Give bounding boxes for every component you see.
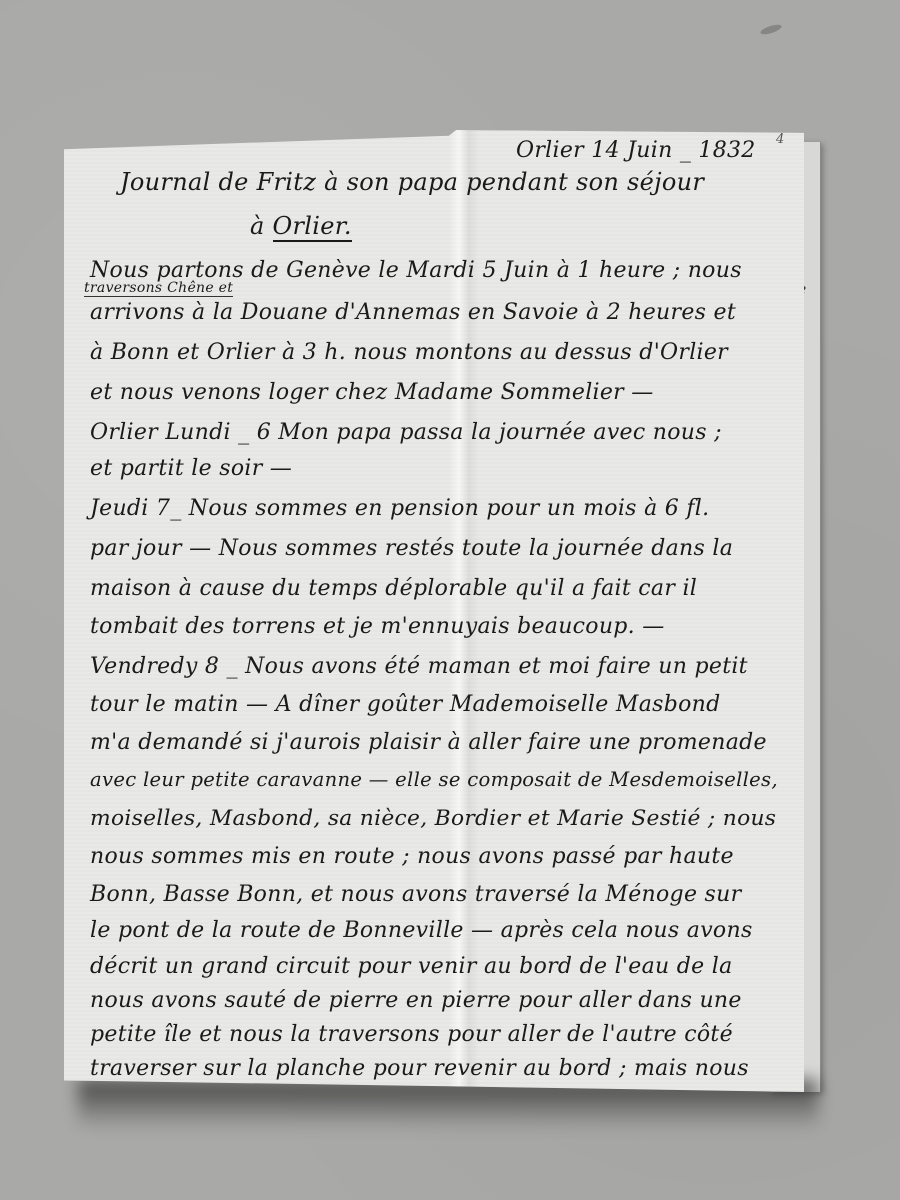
manuscript-page: Orlier 14 Juin _ 1832 4 Journal de Fritz…: [64, 130, 804, 1092]
manuscript-line: m'a demandé si j'aurois plaisir à aller …: [90, 730, 767, 755]
manuscript-line: tombait des torrens et je m'ennuyais bea…: [90, 614, 665, 639]
manuscript-line: Bonn, Basse Bonn, et nous avons traversé…: [90, 882, 741, 907]
manuscript-line: traverser sur la planche pour revenir au…: [90, 1056, 749, 1081]
manuscript-line: et nous venons loger chez Madame Sommeli…: [90, 380, 654, 405]
manuscript-line: par jour — Nous sommes restés toute la j…: [90, 536, 733, 561]
manuscript-line: maison à cause du temps déplorable qu'il…: [90, 576, 697, 601]
manuscript-line: nous avons sauté de pierre en pierre pou…: [90, 988, 742, 1013]
interlinear-insert: traversons Chêne et: [84, 280, 233, 297]
manuscript-line: décrit un grand circuit pour venir au bo…: [90, 954, 733, 979]
manuscript-line: petite île et nous la traversons pour al…: [90, 1022, 733, 1047]
manuscript-line: tour le matin — A dîner goûter Mademoise…: [90, 692, 720, 717]
manuscript-line: le pont de la route de Bonneville — aprè…: [90, 918, 753, 943]
page-number: 4: [776, 132, 785, 147]
manuscript-line: arrivons à la Douane d'Annemas en Savoie…: [90, 300, 736, 325]
manuscript-line: Jeudi 7_ Nous sommes en pension pour un …: [90, 496, 709, 521]
manuscript-line: et partit le soir —: [90, 456, 292, 481]
place-date: Orlier 14 Juin _ 1832: [516, 138, 756, 163]
manuscript-line: à Bonn et Orlier à 3 h. nous montons au …: [90, 340, 728, 365]
manuscript-line: sommes revenus sur nos pas pour nous en …: [90, 1146, 655, 1170]
manuscript-line: moiselles, Masbond, sa nièce, Bordier et…: [90, 806, 776, 831]
title-place-name: Orlier.: [273, 212, 352, 242]
page-title: Journal de Fritz à son papa pendant son …: [120, 168, 704, 196]
manuscript-line: Vendredy 8 _ Nous avons été maman et moi…: [90, 654, 748, 679]
manuscript-line: nous sommes mis en route ; nous avons pa…: [90, 844, 734, 869]
background-stain: [759, 23, 782, 36]
title-place: à Orlier.: [250, 212, 352, 240]
title-place-prefix: à: [250, 212, 265, 240]
manuscript-line: Orlier Lundi _ 6 Mon papa passa la journ…: [90, 420, 722, 445]
manuscript-line: avec leur petite caravanne — elle se com…: [90, 768, 778, 791]
